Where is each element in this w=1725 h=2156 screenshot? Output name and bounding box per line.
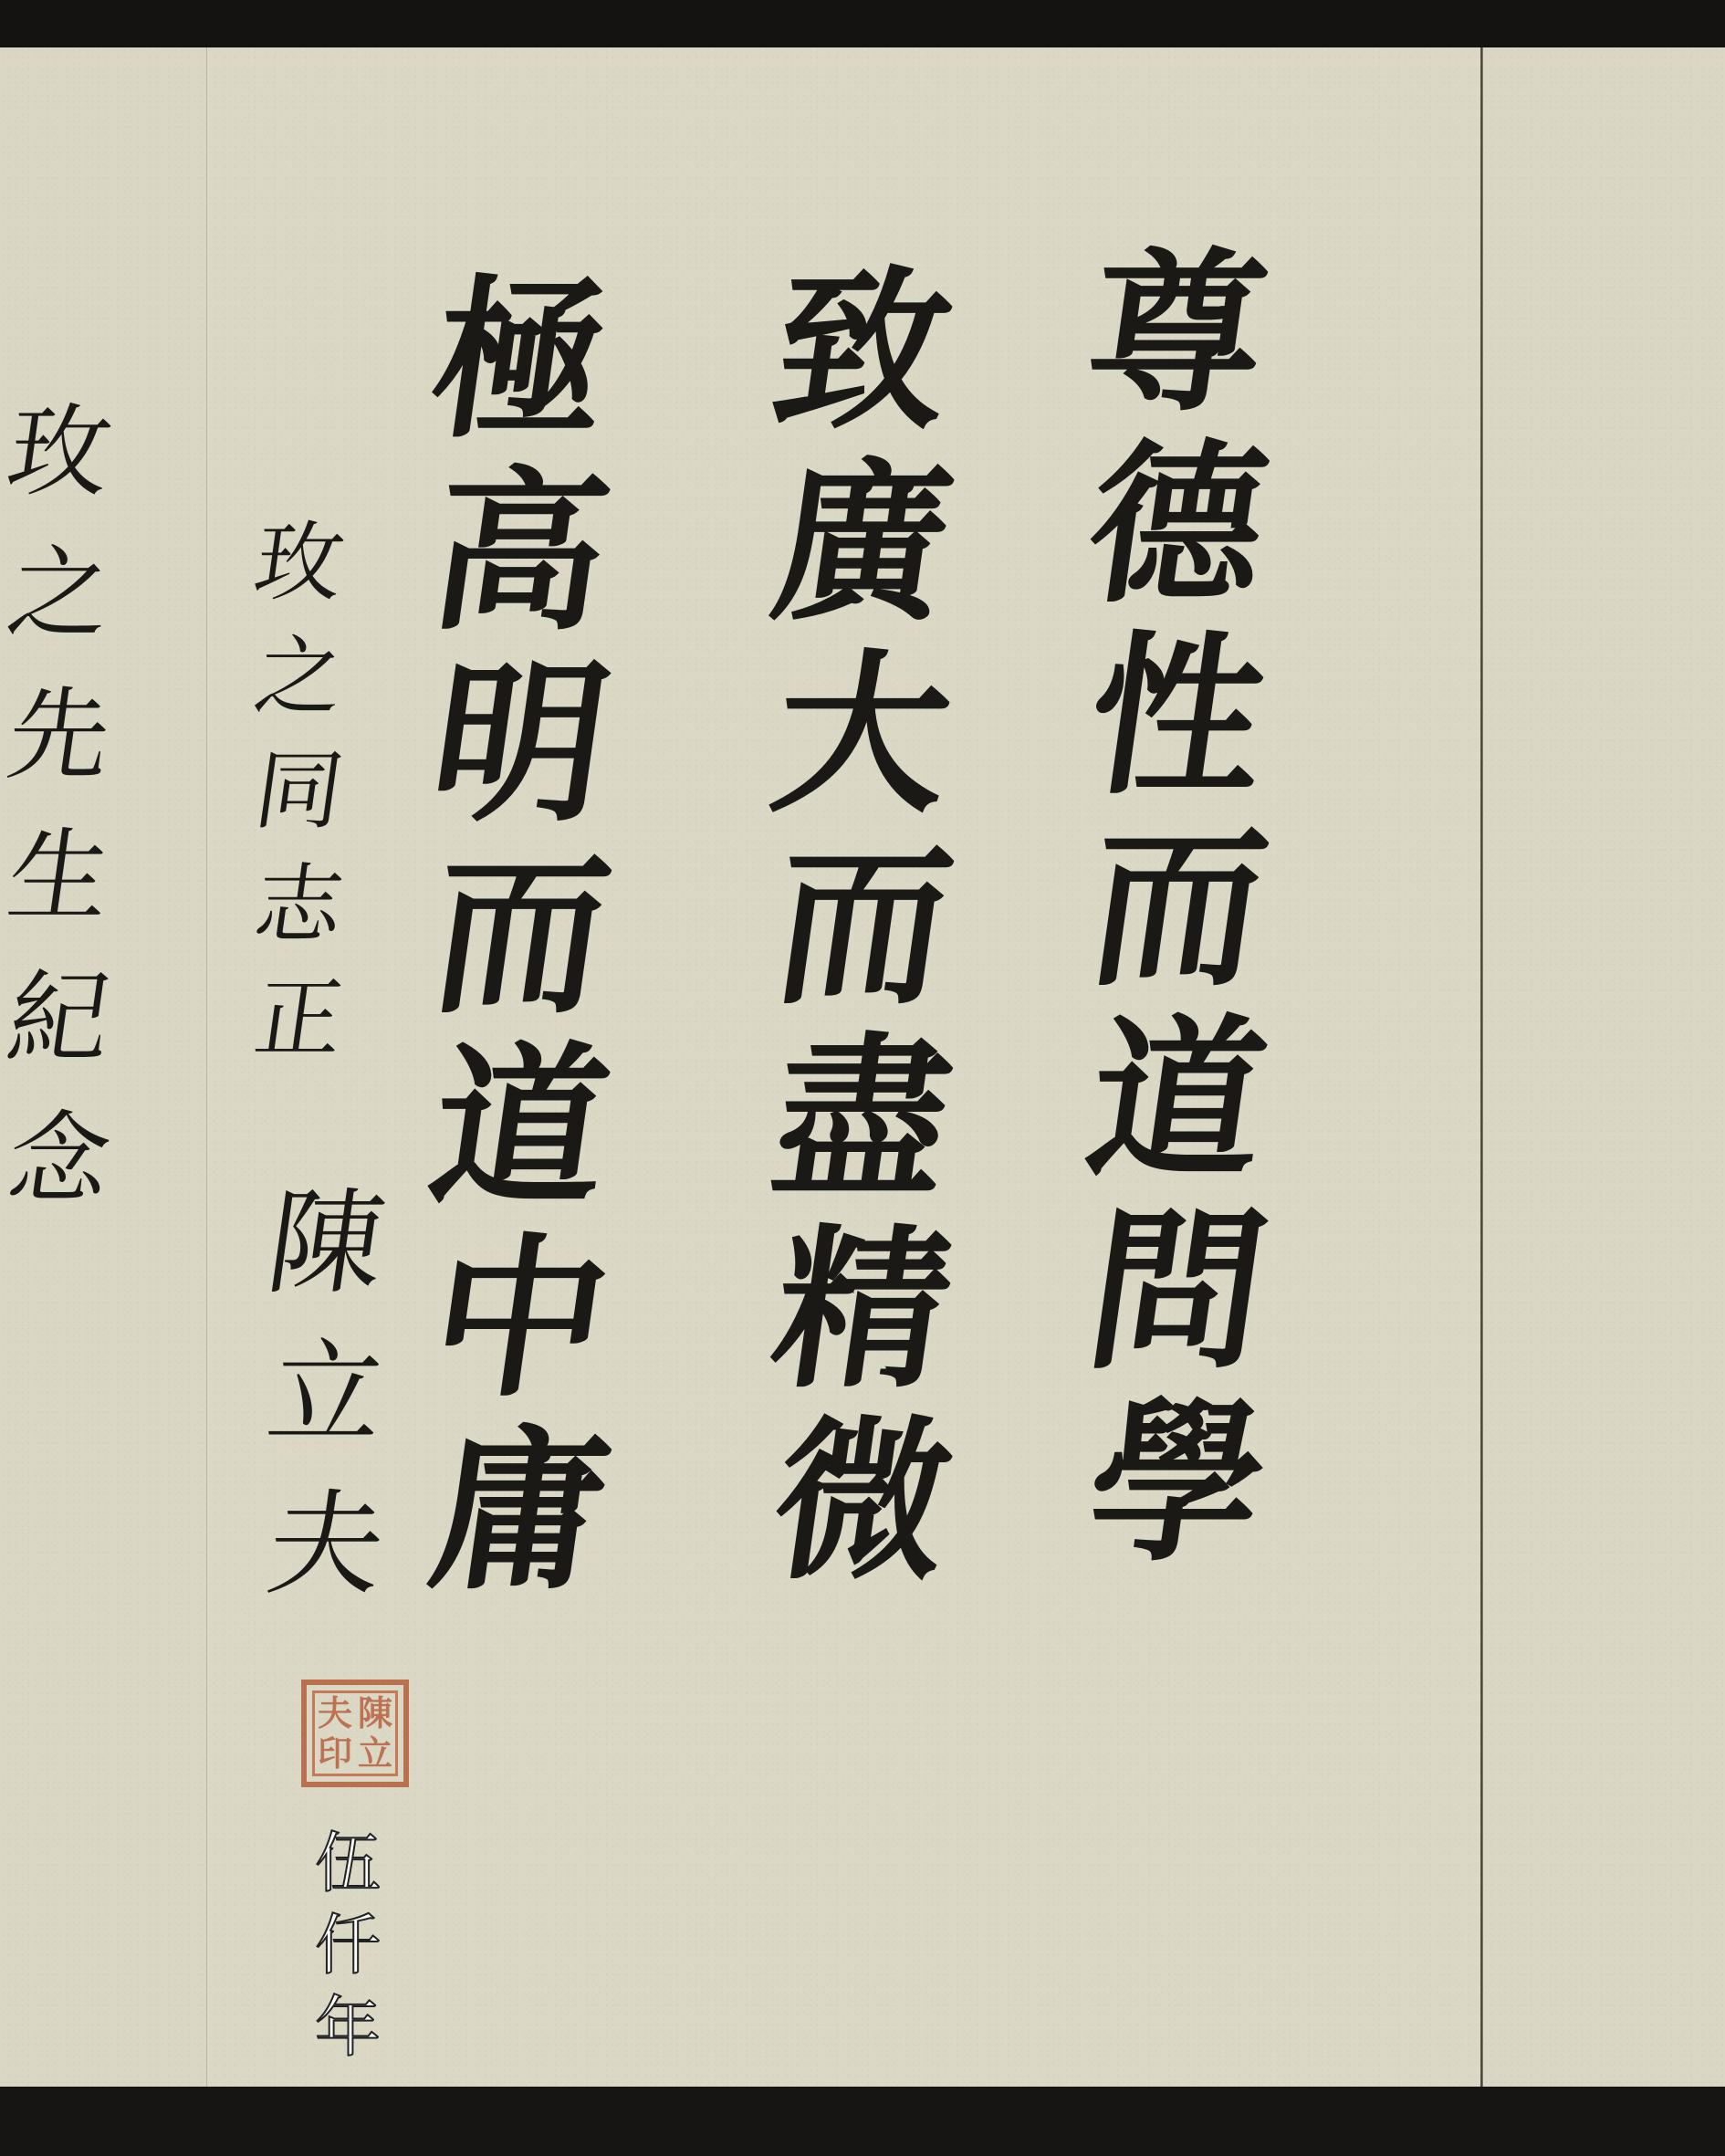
calligraphy-char: 正	[249, 977, 348, 1063]
seal-characters: 夫 陳 印 立	[312, 1690, 398, 1776]
calligraphy-char: 問	[1079, 1205, 1277, 1378]
calligraphy-char: 之	[249, 634, 348, 721]
watermark-text: 伍 仟 年	[315, 1830, 381, 2077]
black-frame-bottom	[0, 2087, 1725, 2156]
calligraphy-char: 志	[249, 863, 348, 949]
black-frame-top	[0, 0, 1725, 47]
calligraphy-char: 廣	[764, 456, 962, 630]
calligraphy-char: 夫	[261, 1488, 392, 1602]
calligraphy-char: 紀	[2, 968, 116, 1068]
calligraphy-char: 而	[764, 840, 962, 1013]
calligraphy-char: 精	[764, 1223, 962, 1397]
calligraphy-char: 之	[2, 543, 116, 644]
seal-char: 陳	[355, 1693, 395, 1733]
calligraphy-char: 盡	[764, 1031, 962, 1205]
seal-char: 立	[355, 1733, 395, 1774]
calligraphy-char: 性	[1079, 630, 1277, 803]
calligraphy-char: 念	[2, 1109, 116, 1209]
right-album-leaf	[1483, 47, 1725, 2087]
artist-signature: 陳 立 夫	[269, 1187, 383, 1638]
calligraphy-char: 庸	[422, 1424, 620, 1597]
watermark-char: 伍	[315, 1830, 381, 1896]
calligraphy-char: 極	[422, 274, 620, 447]
calligraphy-char: 先	[2, 685, 116, 785]
calligraphy-char: 明	[422, 657, 620, 831]
calligraphy-char: 尊	[1079, 246, 1277, 420]
calligraphy-char: 高	[422, 466, 620, 639]
calligraphy-char: 致	[764, 265, 962, 438]
seal-char: 印	[315, 1733, 355, 1774]
watermark-char: 年	[315, 1994, 381, 2060]
page-fold-right	[1480, 47, 1483, 2087]
calligraphy-char: 玫	[249, 520, 348, 607]
left-panel-text-column: 玫 之 先 生 紀 念	[9, 402, 110, 1251]
page-fold-left	[206, 47, 207, 2087]
calligraphy-char: 道	[1079, 1013, 1277, 1187]
calligraphy-char: 學	[1079, 1397, 1277, 1570]
calligraphy-char: 而	[1079, 822, 1277, 995]
calligraphy-char: 生	[2, 826, 116, 926]
calligraphy-char: 陳	[261, 1187, 392, 1301]
calligraphy-char: 德	[1079, 438, 1277, 612]
main-text-column-2: 致 廣 大 而 盡 精 微	[776, 265, 949, 1607]
red-seal-stamp: 夫 陳 印 立	[301, 1680, 409, 1787]
calligraphy-char: 微	[764, 1415, 962, 1588]
dedication-inscription: 玫 之 同 志 正	[256, 520, 342, 1091]
calligraphy-char: 而	[422, 849, 620, 1022]
calligraphy-char: 大	[764, 648, 962, 822]
calligraphy-char: 中	[422, 1232, 620, 1406]
seal-char: 夫	[315, 1693, 355, 1733]
calligraphy-char: 玫	[2, 402, 116, 502]
watermark-char: 仟	[315, 1912, 381, 1978]
main-text-column-1: 尊 德 性 而 道 問 學	[1091, 246, 1264, 1588]
calligraphy-char: 道	[422, 1041, 620, 1214]
calligraphy-char: 立	[261, 1337, 392, 1451]
main-text-column-3: 極 高 明 而 道 中 庸	[434, 274, 607, 1616]
calligraphy-char: 同	[249, 748, 348, 835]
